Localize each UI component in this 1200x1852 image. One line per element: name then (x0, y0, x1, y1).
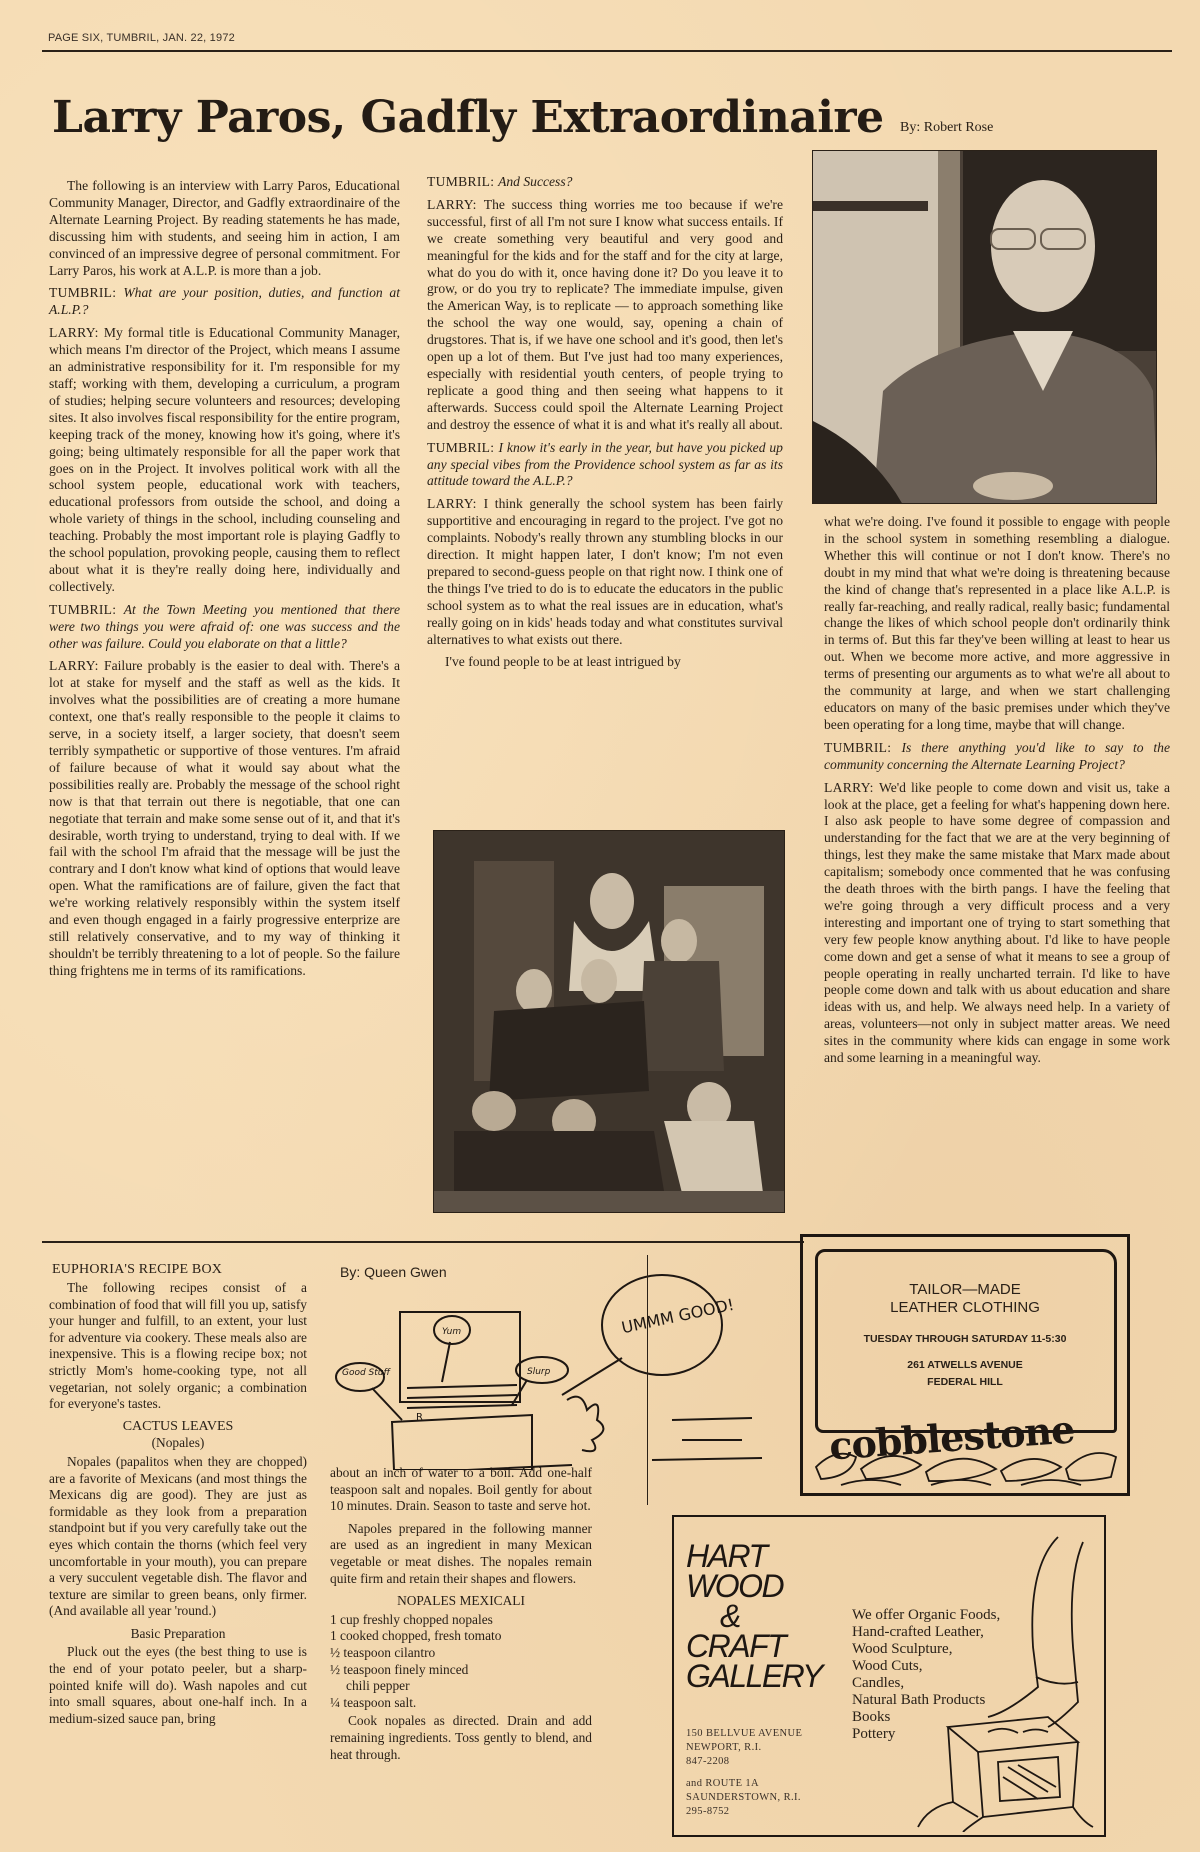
gallery-name-line: CRAFT (686, 1631, 822, 1661)
cobblestones-icon (811, 1427, 1121, 1487)
dish-directions: Cook nopales as directed. Drain and add … (330, 1713, 592, 1763)
speaker-tumbril: TUMBRIL: (49, 285, 123, 300)
ingredient-item: ½ teaspoon cilantro (330, 1645, 592, 1662)
interview-question-4: TUMBRIL: I know it's early in the year, … (427, 440, 783, 491)
gallery-locations: 150 BELLVUE AVENUE NEWPORT, R.I. 847-220… (686, 1727, 802, 1819)
gallery-name-line: HART (686, 1541, 822, 1571)
question-text: And Success? (498, 174, 572, 189)
basic-preparation-title: Basic Preparation (49, 1626, 307, 1643)
article-headline: Larry Paros, Gadfly Extraordinaire (52, 92, 884, 143)
svg-text:UMMM GOOD!: UMMM GOOD! (620, 1295, 736, 1337)
interview-answer-3: LARRY: The success thing worries me too … (427, 197, 783, 434)
ad-hours: TUESDAY THROUGH SATURDAY 11-5:30 (803, 1333, 1127, 1345)
wood-stove-icon (908, 1527, 1098, 1832)
gallery-name-line: WOOD (686, 1571, 822, 1601)
recipe-intro: The following recipes consist of a combi… (49, 1280, 307, 1413)
column-divider (647, 1255, 648, 1505)
ad-tagline: TAILOR—MADE LEATHER CLOTHING (803, 1281, 1127, 1317)
interview-answer-4-tail: what we're doing. I've found it possible… (824, 514, 1170, 734)
dish-title-cactus-leaves: CACTUS LEAVES (49, 1419, 307, 1436)
ad-tagline-line-1: TAILOR—MADE (803, 1281, 1127, 1299)
interview-question-5: TUMBRIL: Is there anything you'd like to… (824, 740, 1170, 774)
speaker-larry: LARRY: (49, 658, 104, 673)
interview-answer-2: LARRY: Failure probably is the easier to… (49, 658, 400, 979)
speaker-tumbril: TUMBRIL: (427, 440, 499, 455)
article-column-1: The following is an interview with Larry… (49, 178, 400, 986)
interview-question-1: TUMBRIL: What are your position, duties,… (49, 285, 400, 319)
ad-address-line-2: FEDERAL HILL (803, 1374, 1127, 1391)
napoles-note: Napoles prepared in the following manner… (330, 1521, 592, 1587)
dish-subtitle: (Nopales) (49, 1435, 307, 1452)
ingredient-item: 1 cup freshly chopped nopales (330, 1612, 592, 1629)
header-rule (42, 50, 1172, 52)
recipe-box-cartoon: Good Stuff Yum Slurp UMMM GOOD! R (332, 1270, 772, 1470)
ingredient-item: 1 cooked chopped, fresh tomato (330, 1628, 592, 1645)
gallery-name-line: GALLERY (686, 1661, 822, 1691)
basic-preparation-text: Pluck out the eyes (the best thing to us… (49, 1644, 307, 1727)
speaker-larry: LARRY: (427, 197, 484, 212)
group-image-icon (434, 831, 785, 1213)
location-line: NEWPORT, R.I. (686, 1741, 802, 1755)
ad-address: 261 ATWELLS AVENUE FEDERAL HILL (803, 1357, 1127, 1391)
svg-text:Good Stuff: Good Stuff (342, 1368, 392, 1378)
article-column-2: TUMBRIL: And Success? LARRY: The success… (427, 174, 783, 677)
speaker-larry: LARRY: (427, 496, 484, 511)
gallery-name-line: & (686, 1601, 822, 1631)
recipe-column-2: about an inch of water to a boil. Add on… (330, 1465, 592, 1769)
recipe-box-drawing-icon: Good Stuff Yum Slurp UMMM GOOD! R (332, 1270, 772, 1470)
location-line: 150 BELLVUE AVENUE (686, 1727, 802, 1741)
answer-text: The success thing worries me too because… (427, 197, 783, 432)
portrait-image-icon (813, 151, 1157, 504)
interview-answer-5: LARRY: We'd like people to come down and… (824, 780, 1170, 1067)
interview-answer-1: LARRY: My formal title is Educational Co… (49, 325, 400, 596)
cobblestone-advertisement[interactable]: TAILOR—MADE LEATHER CLOTHING TUESDAY THR… (800, 1234, 1130, 1496)
interview-question-2: TUMBRIL: At the Town Meeting you mention… (49, 602, 400, 653)
portrait-photo (812, 150, 1157, 504)
location-phone: 295-8752 (686, 1805, 802, 1819)
dish-title-nopales-mexicali: NOPALES MEXICALI (330, 1593, 592, 1610)
ad-address-line-1: 261 ATWELLS AVENUE (803, 1357, 1127, 1374)
interview-question-3: TUMBRIL: And Success? (427, 174, 783, 191)
answer-text: We'd like people to come down and visit … (824, 780, 1170, 1066)
speaker-tumbril: TUMBRIL: (427, 174, 498, 189)
location-line: SAUNDERSTOWN, R.I. (686, 1791, 802, 1805)
hart-wood-craft-gallery-advertisement[interactable]: HART WOOD & CRAFT GALLERY 150 BELLVUE AV… (672, 1515, 1106, 1837)
svg-text:Yum: Yum (442, 1327, 461, 1337)
speaker-tumbril: TUMBRIL: (49, 602, 124, 617)
article-column-3: what we're doing. I've found it possible… (824, 514, 1170, 1073)
ingredient-item: ½ teaspoon finely minced (330, 1662, 592, 1679)
speaker-larry: LARRY: (49, 325, 104, 340)
recipe-section-title: EUPHORIA'S RECIPE BOX (52, 1262, 222, 1278)
gallery-name: HART WOOD & CRAFT GALLERY (686, 1541, 822, 1691)
ingredient-item: ¼ teaspoon salt. (330, 1695, 592, 1712)
svg-text:R: R (416, 1412, 423, 1423)
group-photo (433, 830, 785, 1213)
speaker-tumbril: TUMBRIL: (824, 740, 902, 755)
dish-description: Nopales (papalitos when they are chopped… (49, 1454, 307, 1620)
interview-answer-4: LARRY: I think generally the school syst… (427, 496, 783, 648)
page-folio: PAGE SIX, TUMBRIL, JAN. 22, 1972 (48, 32, 235, 44)
ingredient-item: chili pepper (330, 1678, 592, 1695)
section-divider (42, 1241, 804, 1243)
recipe-column-1: The following recipes consist of a combi… (49, 1280, 307, 1733)
interview-answer-4-continued: I've found people to be at least intrigu… (427, 654, 783, 671)
location-line: and ROUTE 1A (686, 1777, 802, 1791)
location-phone: 847-2208 (686, 1755, 802, 1769)
answer-text: Failure probably is the easier to deal w… (49, 658, 400, 977)
article-intro: The following is an interview with Larry… (49, 178, 400, 279)
answer-text: My formal title is Educational Community… (49, 325, 400, 594)
ad-tagline-line-2: LEATHER CLOTHING (803, 1299, 1127, 1317)
article-byline: By: Robert Rose (900, 120, 993, 136)
speaker-larry: LARRY: (824, 780, 879, 795)
svg-text:Slurp: Slurp (527, 1367, 551, 1377)
basic-preparation-continued: about an inch of water to a boil. Add on… (330, 1465, 592, 1515)
answer-text: I think generally the school system has … (427, 496, 783, 646)
